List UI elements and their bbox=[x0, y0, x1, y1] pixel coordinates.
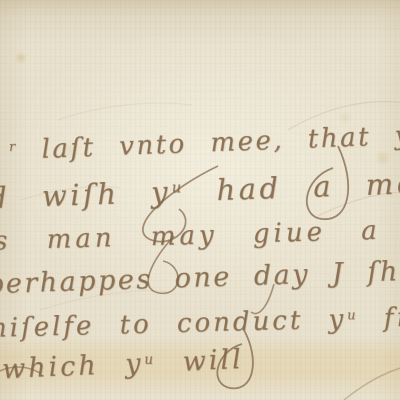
handwriting-lines: r laſt vnto mee, that yu ard wiſh yu had… bbox=[0, 0, 400, 400]
text-segment: will bbox=[156, 344, 245, 379]
text-segment: had a more num bbox=[184, 161, 400, 208]
text-segment: perhappes one day J ſhall bbox=[0, 255, 400, 300]
text-segment: which y bbox=[1, 348, 144, 385]
superscript-abbreviation: u bbox=[172, 180, 185, 196]
text-segment: from th bbox=[358, 300, 400, 334]
handwriting-line: r laſt vnto mee, that yu ar bbox=[8, 118, 400, 166]
text-segment: s man may giue a iuſt v bbox=[0, 212, 400, 257]
superscript-abbreviation: u bbox=[347, 308, 359, 323]
text-segment: d wiſh y bbox=[0, 175, 172, 215]
text-segment: miſelfe to conduct y bbox=[0, 304, 347, 344]
handwriting-line: perhappes one day J ſhall bbox=[0, 255, 400, 300]
text-segment: laſt vnto mee, that y bbox=[17, 121, 400, 166]
handwriting-line: d wiſh yu had a more num bbox=[0, 161, 400, 215]
superscript-abbreviation: u bbox=[144, 352, 156, 368]
handwriting-line: miſelfe to conduct yu from th bbox=[0, 300, 400, 344]
handwriting-line: s man may giue a iuſt v bbox=[0, 212, 400, 257]
handwriting-line: which yu will bbox=[1, 344, 244, 385]
